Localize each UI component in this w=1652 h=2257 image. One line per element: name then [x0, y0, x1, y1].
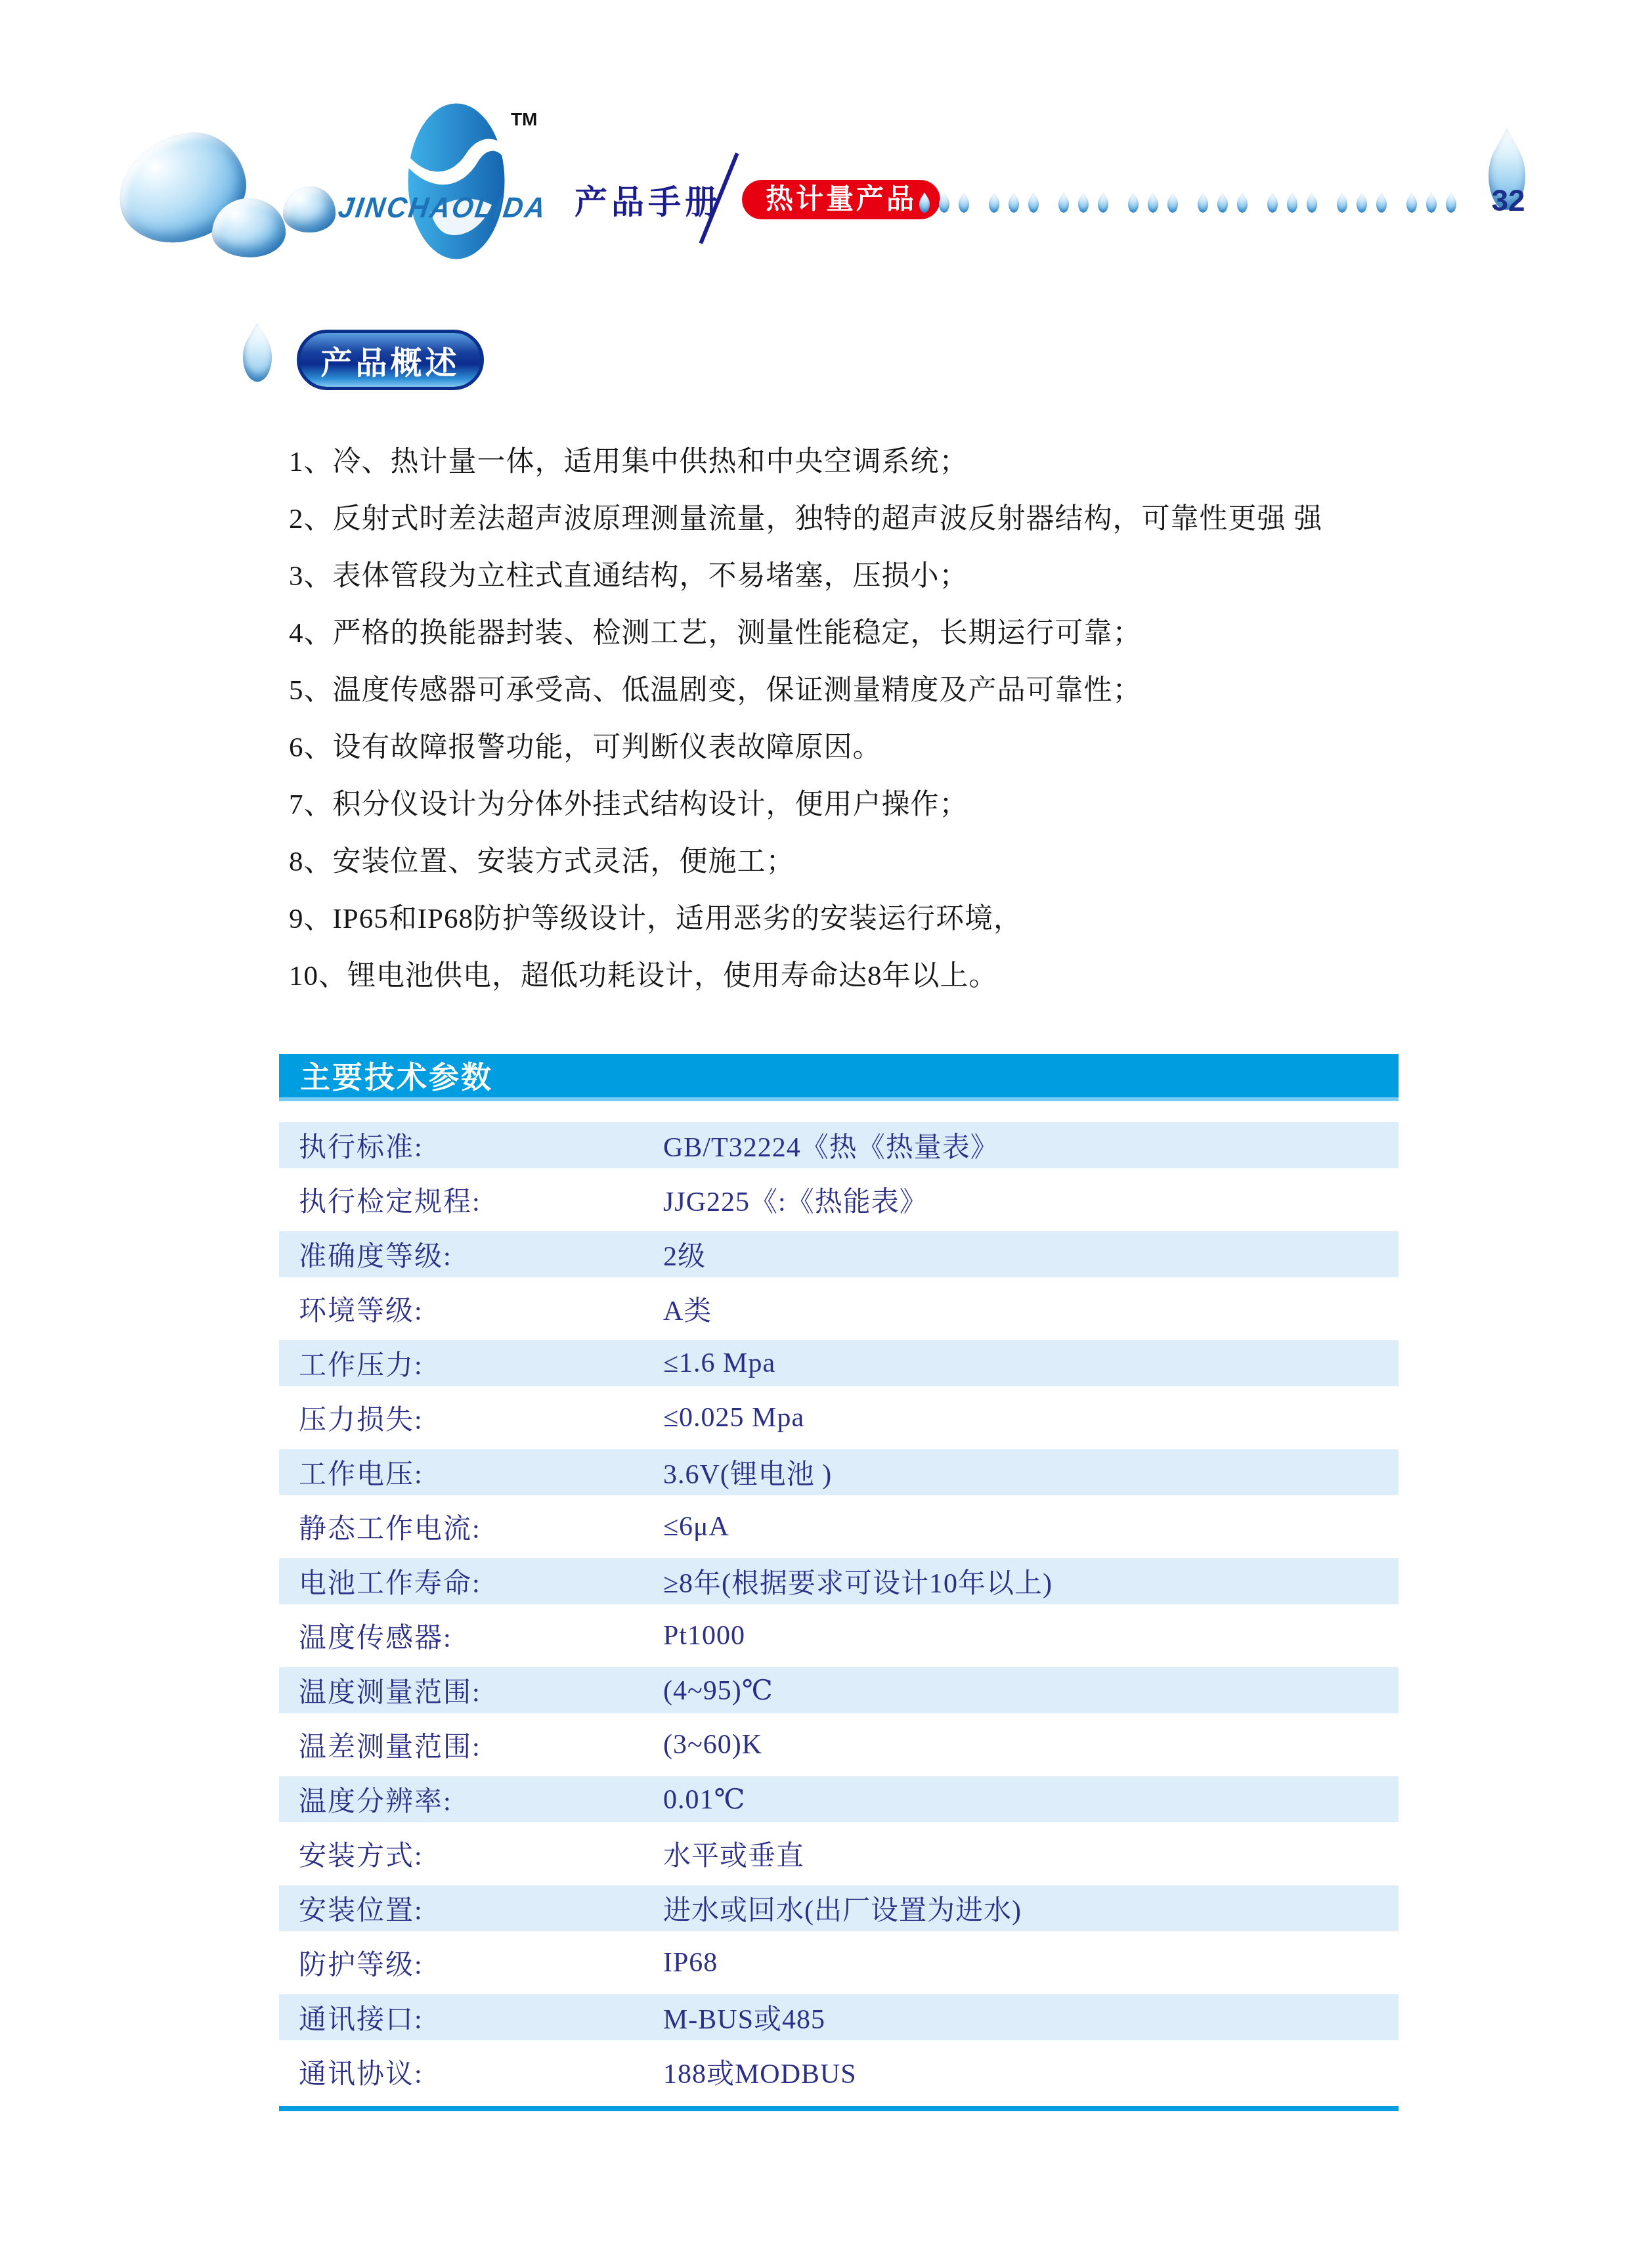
spec-label: 静态工作电流:	[279, 1507, 663, 1546]
table-row: 压力损失: ≤0.025 Mpa	[279, 1386, 1399, 1449]
table-row: 温度分辨率: 0.01℃	[279, 1776, 1399, 1822]
overview-item: 8、安装位置、安装方式灵活，便施工；	[289, 833, 1445, 890]
water-drop-icon	[1374, 192, 1389, 216]
spec-label: 准确度等级:	[279, 1235, 663, 1274]
water-drop-icon	[1285, 192, 1300, 216]
water-drop-icon	[1424, 192, 1439, 216]
water-drop-icon	[1096, 192, 1111, 216]
spec-value: ≤6μA	[663, 1511, 1399, 1543]
water-drop-icon	[1076, 192, 1091, 216]
drop-group	[1127, 193, 1179, 218]
spec-value: ≥8年(根据要求可设计10年以上)	[663, 1562, 1399, 1601]
spec-value: 188或MODBUS	[663, 2052, 1399, 2092]
spec-label: 温差测量范围:	[279, 1725, 663, 1764]
spec-value: M-BUS或485	[663, 1998, 1399, 2037]
table-row: 静态工作电流: ≤6μA	[279, 1495, 1399, 1558]
water-drop-icon	[917, 192, 932, 216]
spec-value: 进水或回水(出厂设置为进水)	[663, 1889, 1399, 1928]
spec-value: 水平或垂直	[663, 1834, 1399, 1874]
brand-name: JINCHAOLIDA	[336, 192, 603, 225]
spec-value: IP68	[663, 1947, 1399, 1979]
bottom-divider-line	[279, 2106, 1399, 2111]
trademark-symbol: TM	[511, 109, 537, 130]
water-drop-icon	[1404, 192, 1420, 216]
drop-group	[1405, 193, 1458, 218]
spec-value: A类	[663, 1289, 1399, 1328]
drop-group	[1057, 193, 1110, 218]
water-drop-icon	[1126, 192, 1141, 216]
drop-group	[988, 193, 1040, 218]
water-drop-icon	[937, 192, 952, 216]
specs-table: 执行标准: GB/T32224《热《热量表》 执行检定规程: JJG225《:《…	[279, 1122, 1399, 2103]
overview-list: 1、冷、热计量一体，适用集中供热和中央空调系统； 2、反射式时差法超声波原理测量…	[289, 433, 1445, 1005]
water-drop-icon	[1026, 192, 1041, 216]
drop-group	[1196, 193, 1249, 218]
spec-label: 安装方式:	[279, 1834, 663, 1874]
spec-label: 通讯接口:	[279, 1998, 663, 2037]
spec-value: JJG225《:《热能表》	[663, 1180, 1399, 1219]
overview-item: 1、冷、热计量一体，适用集中供热和中央空调系统；	[289, 433, 1445, 491]
decorative-drops-row	[918, 193, 1458, 218]
water-drop-icon	[1215, 192, 1230, 216]
spec-label: 安装位置:	[279, 1889, 663, 1928]
water-drop-icon	[1444, 192, 1459, 216]
overview-item: 5、温度传感器可承受高、低温剧变，保证测量精度及产品可靠性；	[289, 662, 1445, 719]
spec-label: 电池工作寿命:	[279, 1562, 663, 1601]
overview-item: 7、积分仪设计为分体外挂式结构设计，便用户操作；	[289, 776, 1445, 833]
spec-label: 执行标准:	[279, 1126, 663, 1165]
specs-section: 主要技术参数 执行标准: GB/T32224《热《热量表》 执行检定规程: JJ…	[279, 1054, 1399, 2111]
water-drop-icon	[1235, 192, 1250, 216]
drop-group	[1336, 193, 1388, 218]
table-row: 工作电压: 3.6V(锂电池 )	[279, 1449, 1399, 1495]
overview-item: 3、表体管段为立柱式直通结构，不易堵塞，压损小；	[289, 548, 1445, 605]
water-drop-icon	[1335, 192, 1350, 216]
spec-value: (4~95)℃	[663, 1674, 1399, 1707]
spec-label: 环境等级:	[279, 1289, 663, 1328]
spec-value: (3~60)K	[663, 1729, 1399, 1761]
spec-label: 温度传感器:	[279, 1616, 663, 1655]
spec-label: 通讯协议:	[279, 2052, 663, 2092]
water-drop-icon	[957, 192, 972, 216]
overview-item: 2、反射式时差法超声波原理测量流量，独特的超声波反射器结构，可靠性更强 强	[289, 491, 1445, 548]
category-badge: 热计量产品	[742, 180, 940, 219]
water-drop-icon	[1305, 192, 1320, 216]
water-drop-icon	[231, 323, 285, 397]
water-drop-icon	[1265, 192, 1280, 216]
table-row: 通讯接口: M-BUS或485	[279, 1994, 1399, 2040]
spec-value: 2级	[663, 1235, 1399, 1274]
water-drop-icon	[283, 186, 336, 232]
overview-section-title: 产品概述	[297, 330, 484, 390]
spec-value: 0.01℃	[663, 1783, 1399, 1816]
spec-label: 执行检定规程:	[279, 1180, 663, 1219]
table-row: 温度测量范围: (4~95)℃	[279, 1667, 1399, 1713]
spec-label: 温度测量范围:	[279, 1671, 663, 1710]
table-row: 温度传感器: Pt1000	[279, 1604, 1399, 1667]
document-title: 产品手册	[575, 176, 722, 223]
water-drop-icon	[1196, 192, 1211, 216]
spec-value: GB/T32224《热《热量表》	[663, 1126, 1399, 1165]
water-drop-icon	[1355, 192, 1370, 216]
manual-page: TM JINCHAOLIDA 产品手册 热计量产品 32 产品概述 1、冷、热计…	[0, 0, 1652, 2257]
page-number: 32	[1474, 183, 1542, 218]
spec-label: 温度分辨率:	[279, 1780, 663, 1819]
table-row: 电池工作寿命: ≥8年(根据要求可设计10年以上)	[279, 1558, 1399, 1604]
spec-value: ≤0.025 Mpa	[663, 1402, 1399, 1434]
spec-label: 工作电压:	[279, 1453, 663, 1492]
overview-item: 9、IP65和IP68防护等级设计，适用恶劣的安装运行环境，	[289, 890, 1445, 948]
table-row: 通讯协议: 188或MODBUS	[279, 2040, 1399, 2103]
water-drop-icon	[987, 192, 1002, 216]
table-row: 执行检定规程: JJG225《:《热能表》	[279, 1168, 1399, 1231]
water-droplets-graphic	[115, 125, 318, 269]
specs-section-title: 主要技术参数	[279, 1054, 1399, 1101]
overview-item: 10、锂电池供电，超低功耗设计，使用寿命达8年以上。	[289, 948, 1445, 1005]
table-row: 安装方式: 水平或垂直	[279, 1822, 1399, 1885]
spec-value: 3.6V(锂电池 )	[663, 1453, 1399, 1492]
page-number-drop-icon: 32	[1474, 130, 1542, 238]
table-row: 防护等级: IP68	[279, 1931, 1399, 1994]
overview-item: 4、严格的换能器封装、检测工艺，测量性能稳定，长期运行可靠；	[289, 605, 1445, 662]
spec-label: 压力损失:	[279, 1398, 663, 1437]
table-row: 温差测量范围: (3~60)K	[279, 1713, 1399, 1776]
spec-value: ≤1.6 Mpa	[663, 1348, 1399, 1379]
table-row: 工作压力: ≤1.6 Mpa	[279, 1340, 1399, 1386]
table-row: 准确度等级: 2级	[279, 1231, 1399, 1277]
drop-group	[1266, 193, 1318, 218]
overview-item: 6、设有故障报警功能，可判断仪表故障原因。	[289, 719, 1445, 776]
water-drop-icon	[1056, 192, 1072, 216]
table-row: 执行标准: GB/T32224《热《热量表》	[279, 1122, 1399, 1168]
spec-label: 工作压力:	[279, 1344, 663, 1383]
brand-logo-icon	[407, 102, 506, 260]
spec-label: 防护等级:	[279, 1943, 663, 1983]
water-drop-icon	[1007, 192, 1022, 216]
table-row: 环境等级: A类	[279, 1277, 1399, 1340]
spec-value: Pt1000	[663, 1620, 1399, 1652]
drop-group	[918, 193, 970, 218]
water-drop-icon	[1146, 192, 1161, 216]
water-drop-icon	[1165, 192, 1181, 216]
table-row: 安装位置: 进水或回水(出厂设置为进水)	[279, 1885, 1399, 1931]
